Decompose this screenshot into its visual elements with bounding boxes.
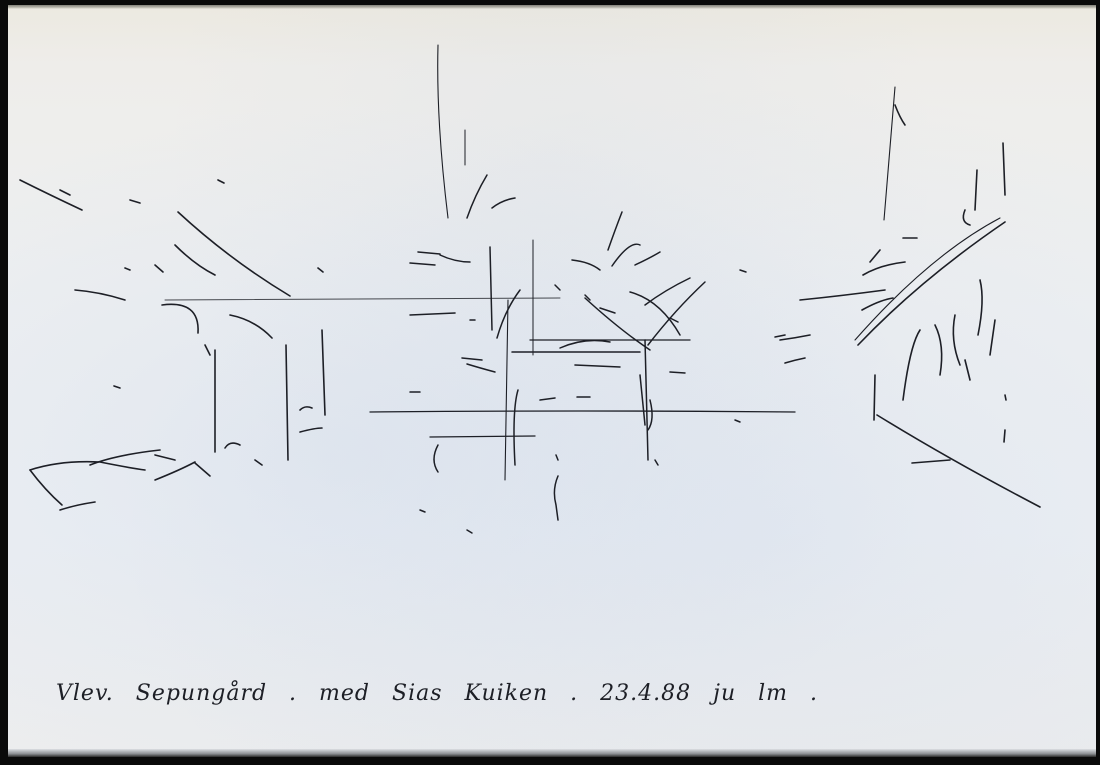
right-house-strokes [775,87,1040,507]
left-roof-strokes [20,180,560,510]
pen-sketch-drawing [8,5,1096,757]
handwritten-caption: Vlev. Sepungård . med Sias Kuiken . 23.4… [56,681,818,706]
center-strokes [370,45,795,533]
page-bottom-edge [8,749,1096,757]
sketchbook-page: Vlev. Sepungård . med Sias Kuiken . 23.4… [8,5,1096,757]
